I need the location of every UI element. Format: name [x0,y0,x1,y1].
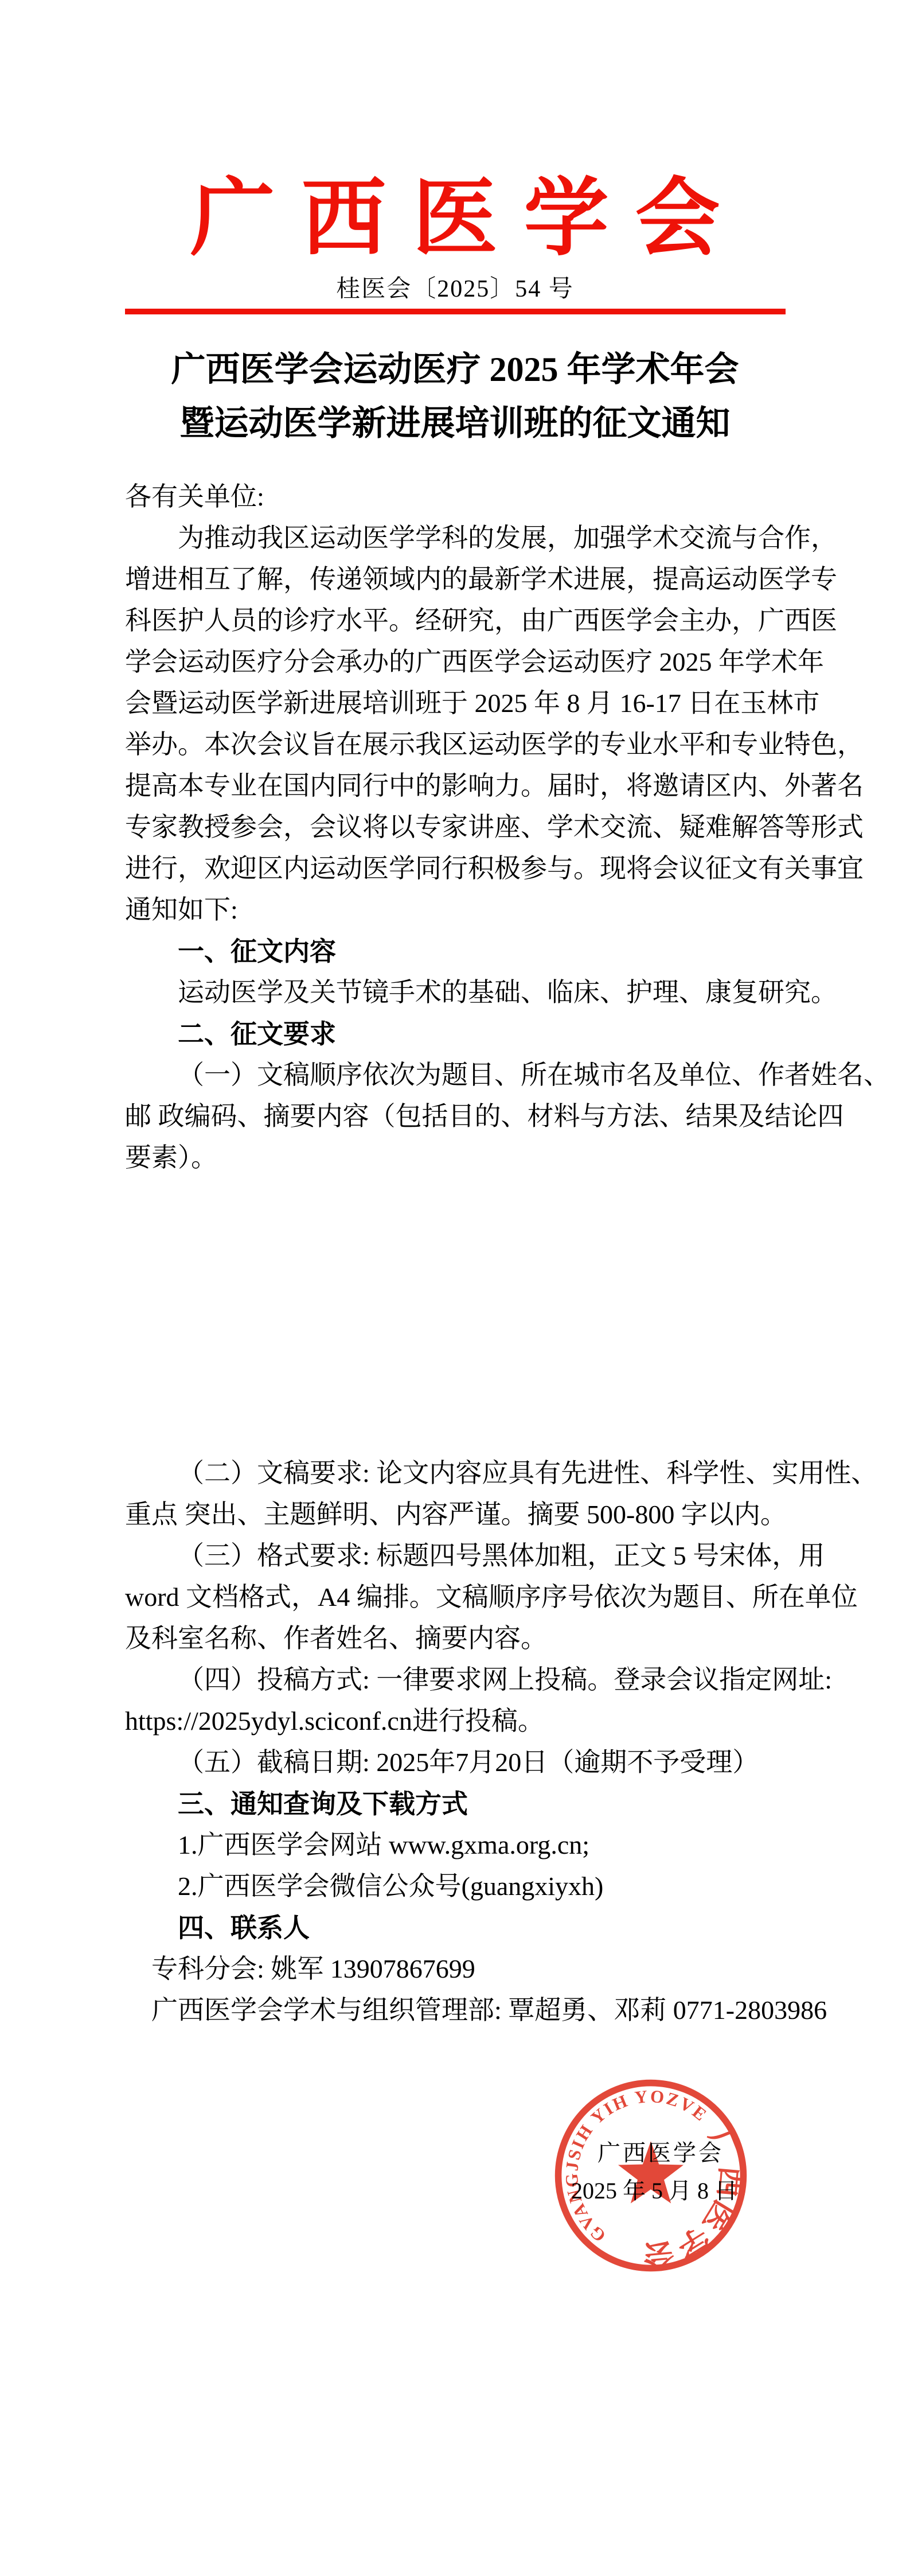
contact-line: 专科分会: 姚军 13907867699 [125,1948,790,1990]
body-line: 通知如下: [125,889,790,931]
body-line: 邮 政编码、摘要内容（包括目的、材料与方法、结果及结论四 [125,1096,790,1137]
body-line: 重点 突出、主题鲜明、内容严谨。摘要 500-800 字以内。 [125,1494,790,1535]
body-line: （四）投稿方式: 一律要求网上投稿。登录会议指定网址: [125,1659,790,1701]
body-line: （五）截稿日期: 2025年7月20日（逾期不予受理） [125,1742,790,1783]
body-page1: 各有关单位: 为推动我区运动医学学科的发展，加强学术交流与合作， 增进相互了解，… [125,476,790,1178]
section-heading: 四、联系人 [125,1907,790,1948]
body-line: 进行，欢迎区内运动医学同行积极参与。现将会议征文有关事宜 [125,848,790,889]
org-title: 广西医学会 [0,150,910,272]
submission-url: https://2025ydyl.sciconf.cn进行投稿。 [125,1701,790,1742]
doc-title-line2: 暨运动医学新进展培训班的征文通知 [0,396,910,445]
body-line: 为推动我区运动医学学科的发展，加强学术交流与合作， [125,517,790,559]
doc-number: 桂医会〔2025〕54 号 [0,270,910,304]
body-line: （二）文稿要求: 论文内容应具有先进性、科学性、实用性、 [125,1453,790,1494]
body-line: 运动医学及关节镜手术的基础、临床、护理、康复研究。 [125,972,790,1013]
body-line: 科医护人员的诊疗水平。经研究，由广西医学会主办，广西医 [125,600,790,641]
red-divider-line [125,309,786,314]
body-line: 提高本专业在国内同行中的影响力。届时，将邀请区内、外著名 [125,765,790,807]
body-line: （三）格式要求: 标题四号黑体加粗，正文 5 号宋体，用 [125,1535,790,1577]
body-line: 2.广西医学会微信公众号(guangxiyxh) [125,1866,790,1907]
svg-text:GVANGJSIH YIH YOZVEI: GVANGJSIH YIH YOZVEI [551,2076,712,2246]
body-line: 举办。本次会议旨在展示我区运动医学的专业水平和专业特色， [125,724,790,765]
body-line: 各有关单位: [125,476,790,517]
body-line: 及科室名称、作者姓名、摘要内容。 [125,1618,790,1659]
body-line: （一）文稿顺序依次为题目、所在城市名及单位、作者姓名、 [125,1054,790,1096]
contact-line: 广西医学会学术与组织管理部: 覃超勇、邓莉 0771-2803986 [125,1990,790,2031]
body-line: 要素）。 [125,1137,790,1178]
body-line: 学会运动医疗分会承办的广西医学会运动医疗 2025 年学术年 [125,641,790,683]
section-heading: 二、征文要求 [125,1013,790,1054]
seal-ring-text-latin: GVANGJSIH YIH YOZVEI [551,2076,712,2246]
document-sheet: 广西医学会 桂医会〔2025〕54 号 广西医学会运动医疗 2025 年学术年会… [0,0,910,2576]
star-icon [618,2141,684,2203]
body-line: 增进相互了解，传递领域内的最新学术进展，提高运动医学专 [125,559,790,600]
official-seal: GVANGJSIH YIH YOZVEI 广西医学会 [551,2076,751,2275]
body-line: 1.广西医学会网站 www.gxma.org.cn; [125,1824,790,1866]
section-heading: 三、通知查询及下载方式 [125,1783,790,1824]
doc-title-line1: 广西医学会运动医疗 2025 年学术年会 [0,342,910,391]
section-heading: 一、征文内容 [125,931,790,972]
body-line: 专家教授参会，会议将以专家讲座、学术交流、疑难解答等形式 [125,807,790,848]
body-line: word 文档格式，A4 编排。文稿顺序序号依次为题目、所在单位 [125,1577,790,1618]
svg-text:广西医学会: 广西医学会 [640,2124,749,2273]
body-line: 会暨运动医学新进展培训班于 2025 年 8 月 16-17 日在玉林市 [125,683,790,724]
body-page2: （二）文稿要求: 论文内容应具有先进性、科学性、实用性、 重点 突出、主题鲜明、… [125,1453,790,2031]
seal-ring-text-cjk: 广西医学会 [640,2124,749,2273]
